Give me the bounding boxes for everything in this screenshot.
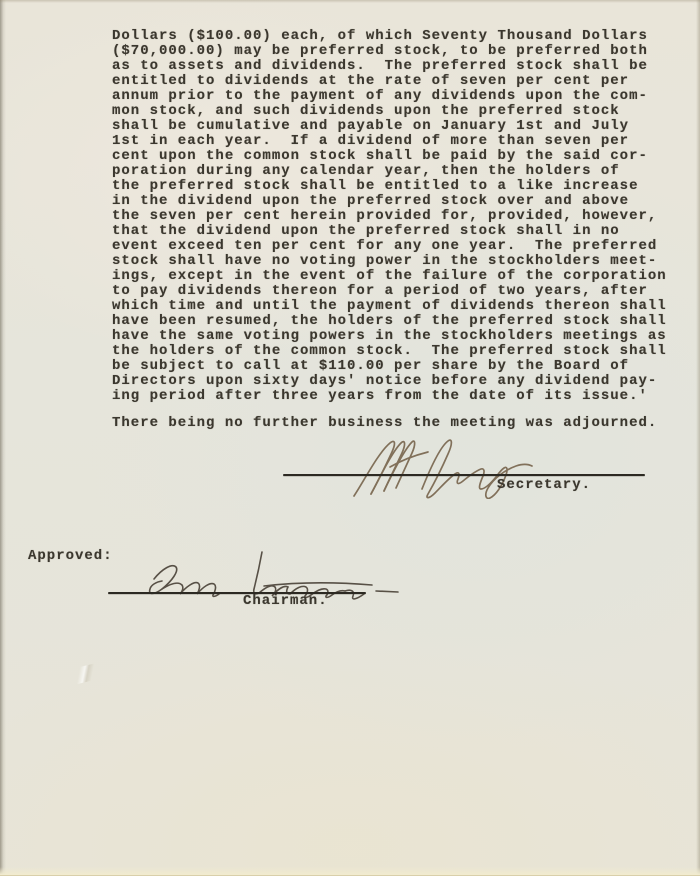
paper-edge-left bbox=[0, 0, 6, 876]
chairman-title: Chairman. bbox=[243, 594, 328, 609]
document-body-text: Dollars ($100.00) each, of which Seventy… bbox=[112, 29, 667, 404]
paper-edge-bottom bbox=[0, 867, 700, 876]
approved-label: Approved: bbox=[28, 549, 113, 564]
adjournment-line: There being no further business the meet… bbox=[112, 416, 657, 431]
secretary-signature-line bbox=[283, 474, 645, 476]
scanned-document-page: Dollars ($100.00) each, of which Seventy… bbox=[0, 0, 700, 876]
paper-edge-right bbox=[696, 0, 700, 876]
secretary-title: Secretary. bbox=[497, 478, 591, 493]
paper-crease bbox=[54, 659, 116, 689]
paper-edge-top bbox=[0, 0, 700, 3]
